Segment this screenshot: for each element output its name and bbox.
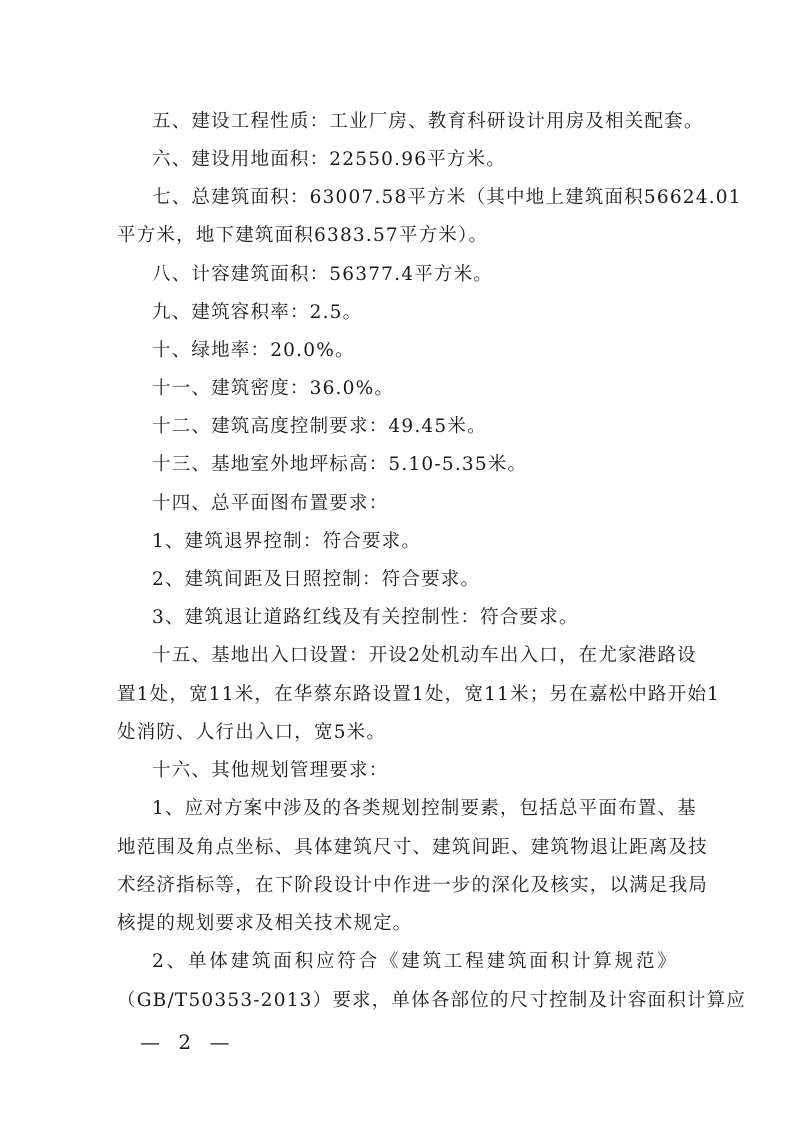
text-line: 2、建筑间距及日照控制：符合要求。 [152,565,677,595]
text-line: 术经济指标等，在下阶段设计中作进一步的深化及核实，以满足我局 [117,871,677,901]
text-line: 1、应对方案中涉及的各类规划控制要素，包括总平面布置、基 [152,794,677,824]
text-line: 平方米，地下建筑面积6383.57平方米）。 [117,221,677,251]
text-line: 十三、基地室外地坪标高：5.10-5.35米。 [152,450,677,480]
text-line: 十二、建筑高度控制要求：49.45米。 [152,412,677,442]
text-line: 地范围及角点坐标、具体建筑尺寸、建筑间距、建筑物退让距离及技 [117,833,677,863]
text-line: 九、建筑容积率：2.5。 [152,298,677,328]
page-number: — 2 — [140,1027,235,1057]
text-line: 十六、其他规划管理要求： [152,756,677,786]
text-line: 十一、建筑密度：36.0%。 [152,374,677,404]
text-line: 置1处，宽11米，在华蔡东路设置1处，宽11米；另在嘉松中路开始1 [117,680,677,710]
text-line: 3、建筑退让道路红线及有关控制性：符合要求。 [152,603,677,633]
text-line: 十四、总平面图布置要求： [152,489,677,519]
text-line: 十五、基地出入口设置：开设2处机动车出入口，在尤家港路设 [152,641,677,671]
text-line: 1、建筑退界控制：符合要求。 [152,527,677,557]
text-line: 七、总建筑面积：63007.58平方米（其中地上建筑面积56624.01 [152,183,677,213]
text-line: 2、单体建筑面积应符合《建筑工程建筑面积计算规范》 [152,947,677,977]
text-line: 五、建设工程性质：工业厂房、教育科研设计用房及相关配套。 [152,107,677,137]
text-line: 十、绿地率：20.0%。 [152,336,677,366]
text-line: 六、建设用地面积：22550.96平方米。 [152,145,677,175]
text-line: 核提的规划要求及相关技术规定。 [117,909,677,939]
text-line: 八、计容建筑面积：56377.4平方米。 [152,260,677,290]
document-page: 五、建设工程性质：工业厂房、教育科研设计用房及相关配套。六、建设用地面积：225… [0,0,794,1123]
text-line: 处消防、人行出入口，宽5米。 [117,718,677,748]
text-line: （GB/T50353-2013）要求，单体各部位的尺寸控制及计容面积计算应 [117,986,677,1016]
